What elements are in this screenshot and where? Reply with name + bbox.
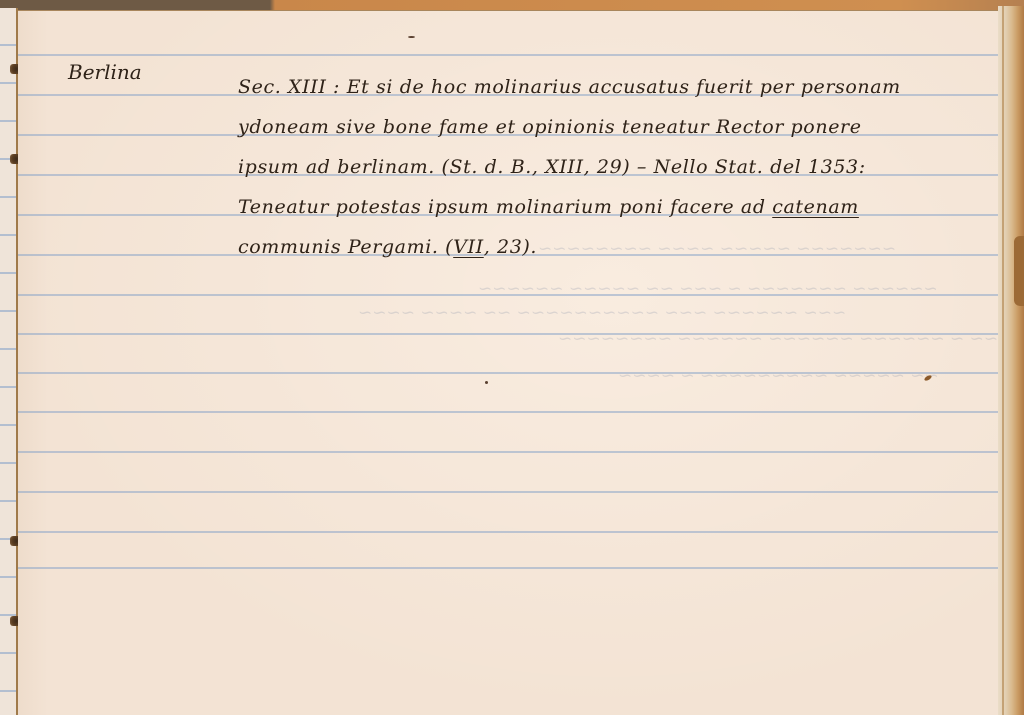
text-line-4: Teneatur potestas ipsum molinarium poni …: [238, 196, 859, 218]
bleed-through-text: ~~~~~~~ ~~~~~ ~~~~ ~~~~~~~~: [538, 239, 896, 259]
text-span: communis Pergami. (: [238, 236, 453, 258]
text-span: , 23).: [484, 236, 537, 258]
underlined-word: catenam: [772, 196, 859, 218]
ink-spot: [408, 36, 415, 38]
text-span: Teneatur potestas ipsum molinarium poni …: [238, 196, 772, 218]
right-page-edge: [998, 6, 1024, 715]
ruled-line: [18, 567, 1003, 569]
ruled-line: [18, 451, 1003, 453]
text-line-5: communis Pergami. (VII, 23).: [238, 236, 537, 258]
ink-spot: [485, 381, 488, 384]
text-line-2: ydoneam sive bone fame et opinionis tene…: [238, 116, 862, 138]
bleed-through-text: ~~ ~~~~~ ~~~~~~~~~ ~ ~~~~: [618, 366, 939, 386]
scanned-notebook-page: ~~~~~~~ ~~~~~ ~~~~ ~~~~~~~~ ~~~~~~ ~~~~~…: [0, 0, 1024, 715]
margin-heading: Berlina: [68, 60, 142, 84]
text-span: ipsum ad berlinam. (St. d. B., XIII, 29)…: [238, 156, 866, 178]
ruled-line: [18, 54, 1003, 56]
underlined-roman-numeral: VII: [453, 236, 484, 258]
bleed-through-text: ~~~~ ~ ~~~~~~ ~~~~~~ ~~~~~~ ~~~~~~~~: [558, 329, 1024, 349]
ruled-line: [18, 491, 1003, 493]
ruled-line: [18, 411, 1003, 413]
text-line-3: ipsum ad berlinam. (St. d. B., XIII, 29)…: [238, 156, 866, 178]
text-span: ydoneam sive bone fame et opinionis tene…: [238, 116, 862, 138]
bleed-through-text: ~~~~~~ ~~~~~~~ ~ ~~~ ~~ ~~~~~ ~~~~~~: [478, 279, 938, 299]
bleed-through-text: ~~~ ~~~~~~ ~~~ ~~~~~~~~~~ ~~ ~~~~ ~~~~: [358, 303, 846, 323]
previous-page-edge: [0, 8, 18, 715]
text-span: Sec. XIII : Et si de hoc molinarius accu…: [238, 76, 901, 98]
ruled-line: [18, 531, 1003, 533]
text-line-1: Sec. XIII : Et si de hoc molinarius accu…: [238, 76, 901, 98]
